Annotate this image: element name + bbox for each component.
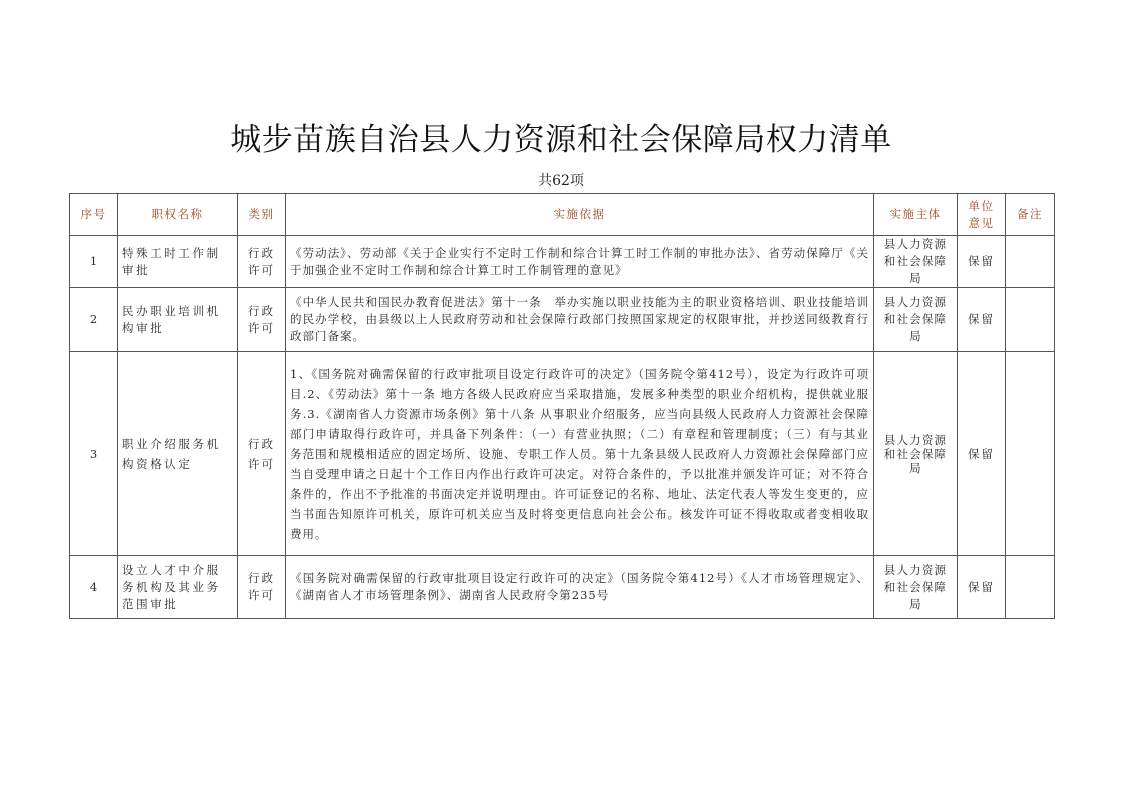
cell-subject: 县人力资源 和社会保障 局 [874,236,958,288]
cell-type: 行政 许可 [238,236,286,288]
cell-basis: 《国务院对确需保留的行政审批项目设定行政许可的决定》（国务院令第412号）《人才… [286,556,874,619]
cell-opinion: 保留 [958,352,1006,556]
cell-type-line2: 许可 [242,262,281,279]
cell-no: 3 [70,352,118,556]
cell-type-line2: 许可 [242,454,281,474]
cell-type: 行政 许可 [238,288,286,352]
cell-no: 1 [70,236,118,288]
cell-subject-line2: 和社会保障 [878,253,953,270]
cell-name: 民办职业培训机构审批 [118,288,238,352]
cell-subject-line3: 局 [878,596,953,613]
cell-basis: 《中华人民共和国民办教育促进法》第十一条 举办实施以职业技能为主的职业资格培训、… [286,288,874,352]
cell-remark [1006,556,1055,619]
cell-remark [1006,288,1055,352]
cell-name: 职业介绍服务机构资格认定 [118,352,238,556]
cell-subject-line3: 局 [878,328,953,345]
cell-type-line1: 行政 [242,570,281,587]
cell-subject-line2: 和社会保障 [878,447,953,461]
table-row: 2 民办职业培训机构审批 行政 许可 《中华人民共和国民办教育促进法》第十一条 … [70,288,1055,352]
cell-subject-line3: 局 [878,461,953,475]
cell-remark [1006,352,1055,556]
header-type: 类别 [238,194,286,236]
cell-subject-line2: 和社会保障 [878,311,953,328]
table-row: 4 设立人才中介服务机构及其业务范围审批 行政 许可 《国务院对确需保留的行政审… [70,556,1055,619]
cell-no: 4 [70,556,118,619]
cell-subject-line1: 县人力资源 [878,294,953,311]
cell-basis: 1、《国务院对确需保留的行政审批项目设定行政许可的决定》（国务院令第412号），… [286,352,874,556]
table-row: 1 特殊工时工作制审批 行政 许可 《劳动法》、劳动部《关于企业实行不定时工作制… [70,236,1055,288]
header-no: 序号 [70,194,118,236]
cell-subject-line1: 县人力资源 [878,562,953,579]
cell-subject: 县人力资源 和社会保障 局 [874,352,958,556]
item-count: 共62项 [0,171,1122,191]
cell-opinion: 保留 [958,556,1006,619]
header-opinion-line1: 单位 [962,198,1001,215]
cell-no: 2 [70,288,118,352]
cell-subject: 县人力资源 和社会保障 局 [874,288,958,352]
cell-name: 特殊工时工作制审批 [118,236,238,288]
cell-subject-line1: 县人力资源 [878,236,953,253]
header-basis: 实施依据 [286,194,874,236]
cell-subject-line1: 县人力资源 [878,433,953,447]
cell-name: 设立人才中介服务机构及其业务范围审批 [118,556,238,619]
header-subject: 实施主体 [874,194,958,236]
cell-type: 行政 许可 [238,556,286,619]
power-list-table: 序号 职权名称 类别 实施依据 实施主体 单位 意见 备注 1 特殊工时工作制审… [69,193,1055,619]
header-name: 职权名称 [118,194,238,236]
table-row: 3 职业介绍服务机构资格认定 行政 许可 1、《国务院对确需保留的行政审批项目设… [70,352,1055,556]
header-remark: 备注 [1006,194,1055,236]
cell-basis: 《劳动法》、劳动部《关于企业实行不定时工作制和综合计算工时工作制的审批办法》、省… [286,236,874,288]
header-opinion: 单位 意见 [958,194,1006,236]
cell-type-line2: 许可 [242,587,281,604]
cell-opinion: 保留 [958,236,1006,288]
cell-type: 行政 许可 [238,352,286,556]
cell-subject: 县人力资源 和社会保障 局 [874,556,958,619]
cell-opinion: 保留 [958,288,1006,352]
page-title: 城步苗族自治县人力资源和社会保障局权力清单 [0,118,1122,162]
cell-type-line1: 行政 [242,434,281,454]
header-opinion-line2: 意见 [962,215,1001,232]
cell-type-line1: 行政 [242,245,281,262]
cell-subject-line2: 和社会保障 [878,579,953,596]
cell-type-line2: 许可 [242,320,281,337]
cell-remark [1006,236,1055,288]
table-header-row: 序号 职权名称 类别 实施依据 实施主体 单位 意见 备注 [70,194,1055,236]
cell-type-line1: 行政 [242,303,281,320]
cell-subject-line3: 局 [878,270,953,287]
